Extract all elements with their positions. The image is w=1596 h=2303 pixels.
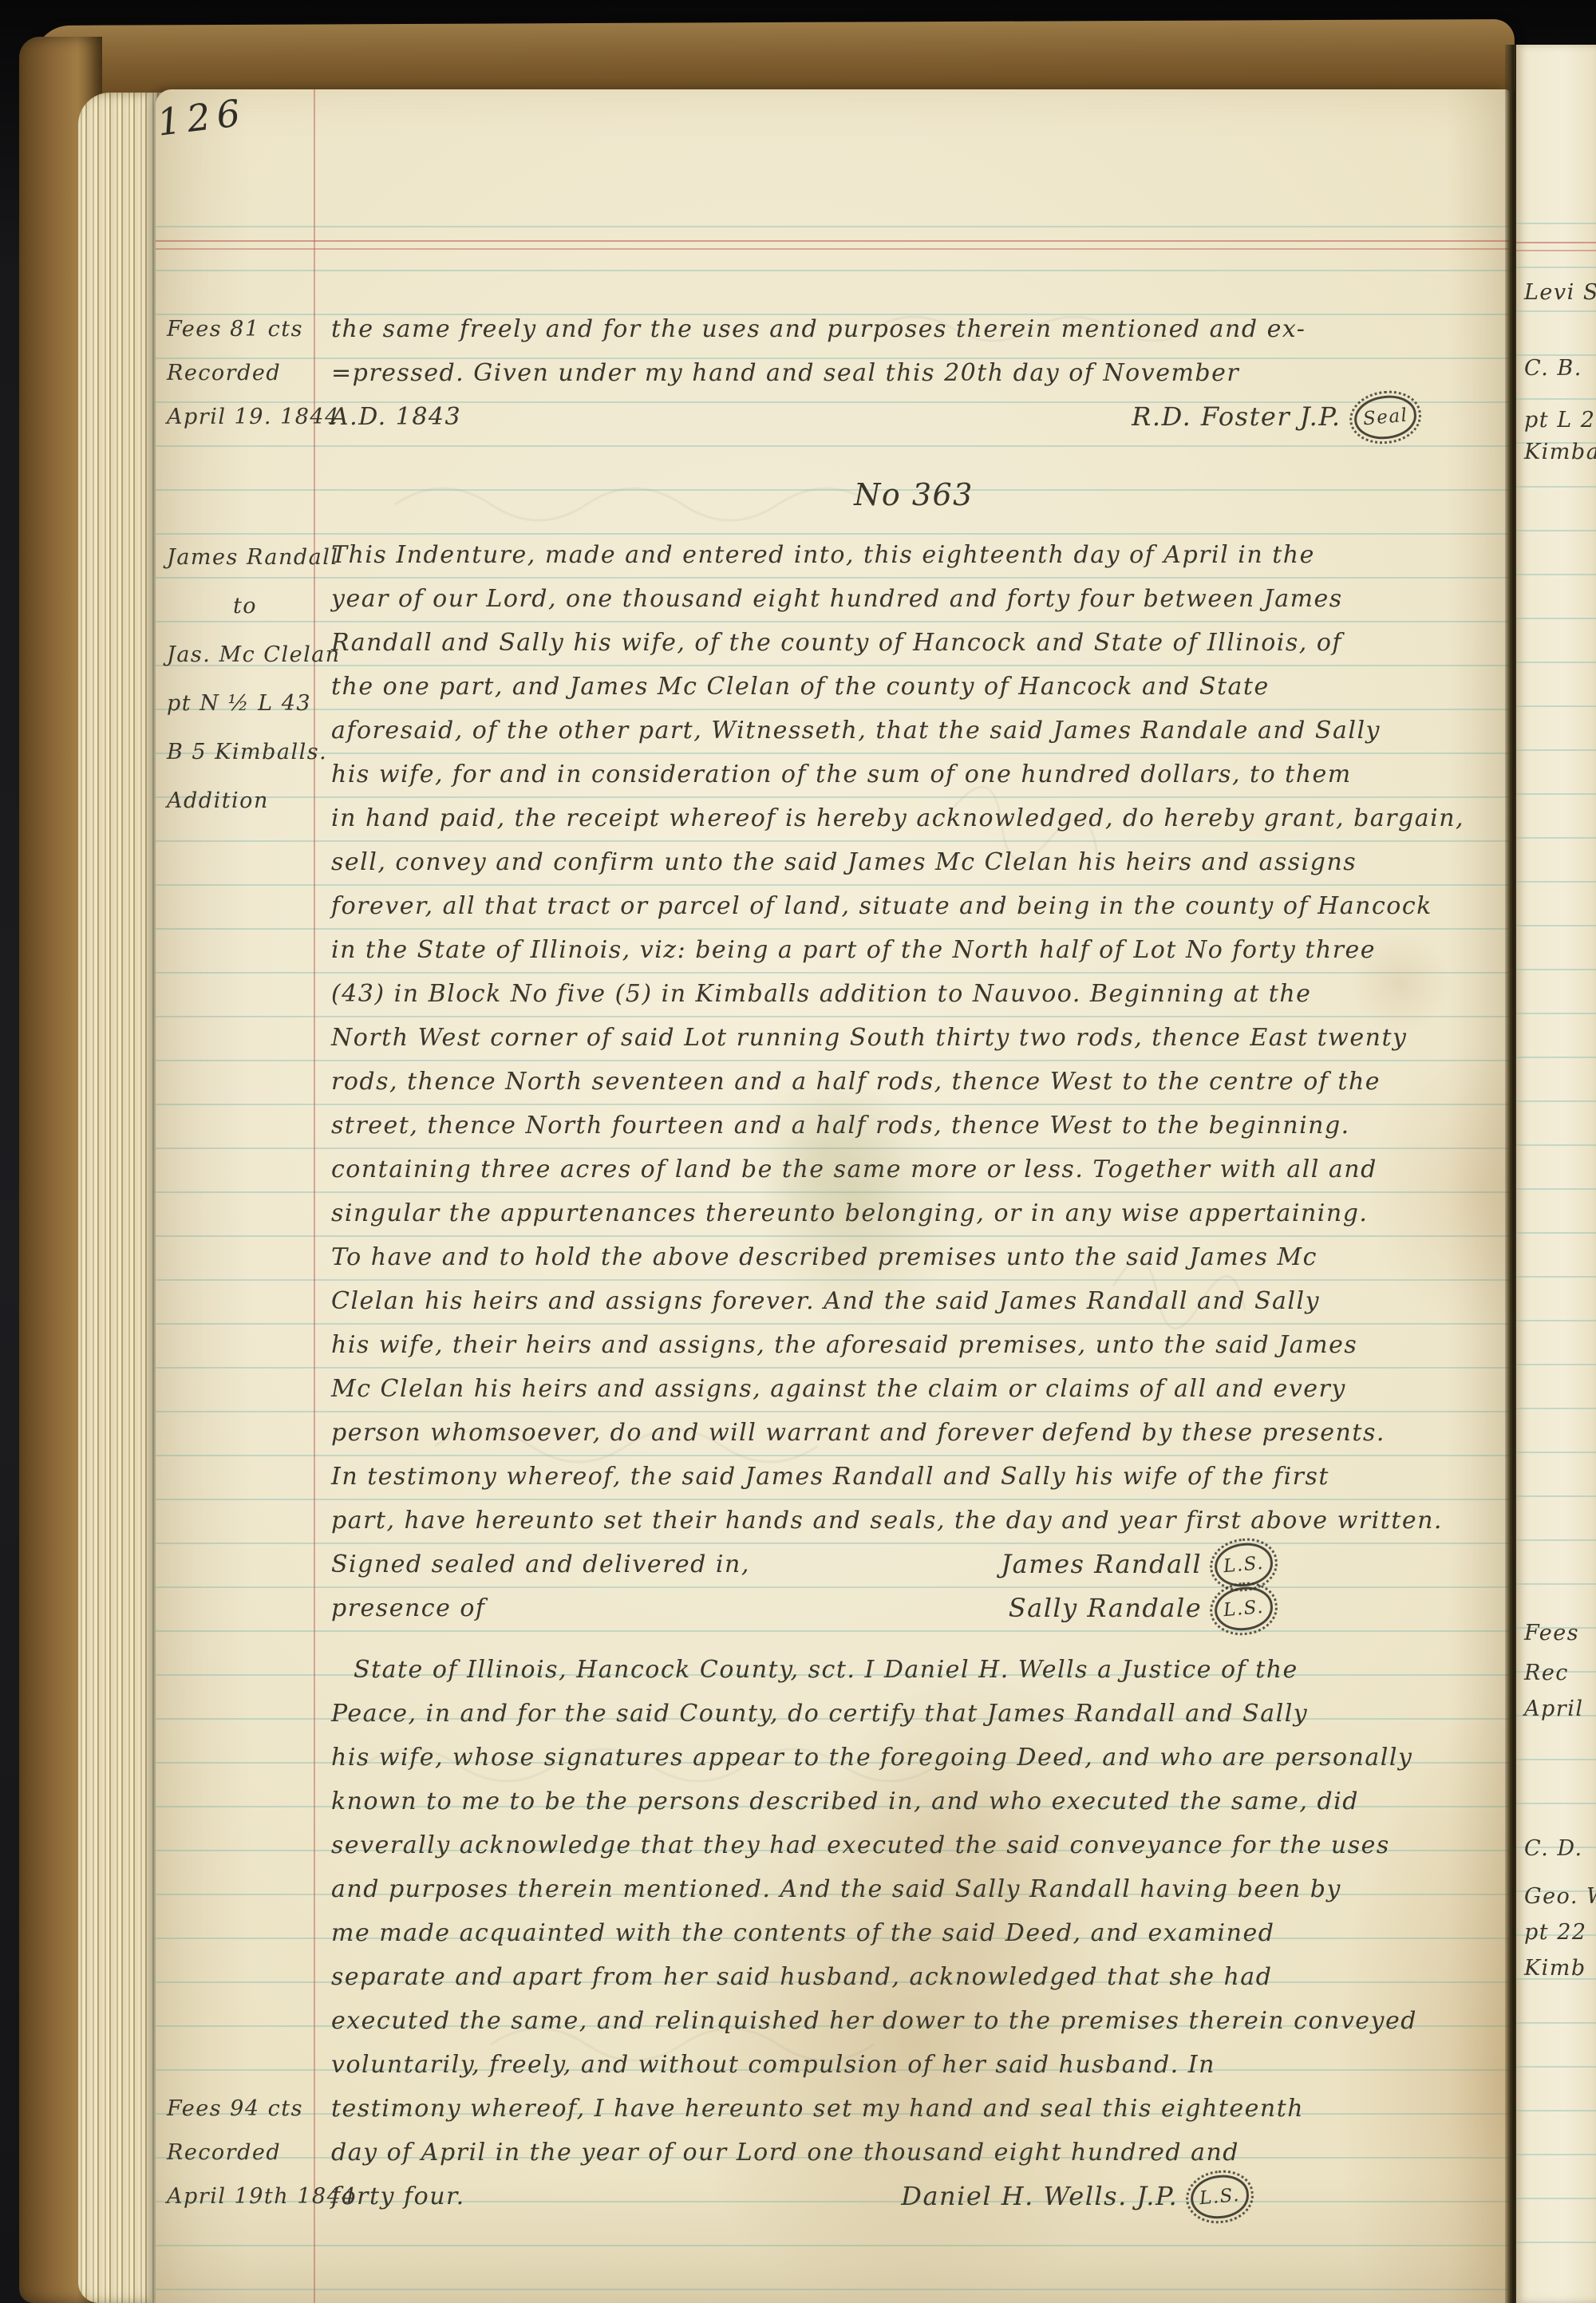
deed-text-line: Randall and Sally his wife, of the count… — [331, 621, 1496, 665]
red-header-rule — [156, 240, 1510, 250]
facing-page-sliver: Levi S C. B. pt L 2 Kimba Fees Rec April… — [1516, 45, 1596, 2303]
margin-note-addition: Addition — [167, 776, 323, 825]
attestation-text: presence of — [331, 1586, 486, 1630]
justice-signature: Daniel H. Wells. J.P. — [901, 2175, 1178, 2218]
margin-note: April 19. 1844 — [167, 395, 323, 439]
justice-signature: R.D. Foster J.P. — [1132, 395, 1341, 439]
deed-text-line: This Indenture, made and entered into, t… — [331, 533, 1496, 577]
margin-note-lot: pt N ½ L 43 — [167, 679, 323, 728]
ack-text-line: Peace, in and for the said County, do ce… — [331, 1692, 1496, 1736]
deed-text-line: In testimony whereof, the said James Ran… — [331, 1455, 1496, 1499]
grantor-signature-group: James Randall L.S. — [1001, 1543, 1273, 1586]
facing-page-text-fragment: Geo. W — [1524, 1884, 1596, 1909]
facing-page-text-fragment: Rec — [1524, 1661, 1569, 1685]
facing-page-text-fragment: pt 22 — [1524, 1920, 1587, 1945]
officer-signature-group: R.D. Foster J.P. Seal — [1132, 395, 1416, 439]
margin-note-block: B 5 Kimballs. — [167, 728, 323, 776]
seal-scribble: L.S. — [1189, 2172, 1250, 2220]
margin-note: Fees 81 cts — [167, 307, 323, 351]
seal-label: L.S. — [1222, 1585, 1266, 1632]
entry-margin-notes: James Randall to Jas. Mc Clelan pt N ½ L… — [167, 533, 323, 825]
entry-bottom-margin-notes: Fees 94 cts Recorded April 19th 1844 — [167, 2087, 323, 2218]
ack-text-line: known to me to be the persons described … — [331, 1780, 1496, 1823]
attestation-text: Signed sealed and delivered in, — [331, 1543, 750, 1586]
deed-text-line: street, thence North fourteen and a half… — [331, 1104, 1496, 1148]
deed-text-line: (43) in Block No five (5) in Kimballs ad… — [331, 972, 1496, 1016]
deed-text-line: the same freely and for the uses and pur… — [331, 307, 1496, 351]
record-book-scan: 126 Fees 81 cts Recorded April 19. 1844 … — [0, 0, 1596, 2303]
page-number: 126 — [155, 90, 249, 144]
facing-page-text-fragment: Fees — [1524, 1621, 1579, 1645]
margin-note-to: to — [167, 582, 323, 630]
prev-entry-text: the same freely and for the uses and pur… — [331, 307, 1496, 439]
deed-text-line: part, have hereunto set their hands and … — [331, 1499, 1496, 1543]
margin-note-grantee: Jas. Mc Clelan — [167, 630, 323, 679]
grantor-signature-group: Sally Randale L.S. — [1009, 1586, 1273, 1630]
deed-text-line: aforesaid, of the other part, Witnesseth… — [331, 709, 1496, 753]
attestation-signature-row: Signed sealed and delivered in, James Ra… — [331, 1543, 1496, 1586]
ack-text-line: voluntarily, freely, and without compuls… — [331, 2043, 1496, 2087]
margin-note: April 19th 1844 — [167, 2175, 323, 2218]
facing-page-text-fragment: Kimba — [1524, 440, 1596, 464]
justice-signature-group: Daniel H. Wells. J.P. L.S. — [901, 2175, 1249, 2218]
facing-page-text-fragment: April — [1524, 1697, 1583, 1721]
deed-text-line: in the State of Illinois, viz: being a p… — [331, 928, 1496, 972]
margin-note-grantor: James Randall — [167, 533, 323, 582]
ack-text-line: his wife, whose signatures appear to the… — [331, 1736, 1496, 1780]
grantor-signature: James Randall — [1001, 1543, 1202, 1586]
acknowledgment: State of Illinois, Hancock County, sct. … — [331, 1648, 1496, 2218]
deed-text-line: singular the appurtenances thereunto bel… — [331, 1191, 1496, 1235]
deed-text-line: North West corner of said Lot running So… — [331, 1016, 1496, 1060]
seal-scribble: L.S. — [1213, 1584, 1274, 1632]
facing-page-text-fragment: C. D. — [1524, 1836, 1583, 1861]
red-header-rule — [1516, 242, 1596, 251]
deed-text-line: his wife, for and in consideration of th… — [331, 753, 1496, 796]
page-gutter-seam — [1505, 45, 1516, 2303]
ack-text-line: separate and apart from her said husband… — [331, 1955, 1496, 1999]
attestation-signature-row: presence of Sally Randale L.S. — [331, 1586, 1496, 1630]
deed-text-line: the one part, and James Mc Clelan of the… — [331, 665, 1496, 709]
deed-text-line: To have and to hold the above described … — [331, 1235, 1496, 1279]
ack-text-line: executed the same, and relinquished her … — [331, 1999, 1496, 2043]
seal-label: L.S. — [1198, 2173, 1242, 2220]
margin-note: Recorded — [167, 2131, 323, 2175]
ack-text-line: testimony whereof, I have hereunto set m… — [331, 2087, 1496, 2131]
deed-text-line: year of our Lord, one thousand eight hun… — [331, 577, 1496, 621]
seal-scribble: Seal — [1352, 393, 1418, 441]
deed-body: This Indenture, made and entered into, t… — [331, 533, 1496, 1630]
deed-text-line: forever, all that tract or parcel of lan… — [331, 884, 1496, 928]
margin-note: Recorded — [167, 351, 323, 395]
ack-text-line: me made acquainted with the contents of … — [331, 1911, 1496, 1955]
seal-label: L.S. — [1222, 1541, 1266, 1588]
deed-text-line: in hand paid, the receipt whereof is her… — [331, 796, 1496, 840]
deed-text-line: Clelan his heirs and assigns forever. An… — [331, 1279, 1496, 1323]
ack-text-line: day of April in the year of our Lord one… — [331, 2131, 1496, 2175]
deed-text-line: =pressed. Given under my hand and seal t… — [331, 351, 1496, 395]
deed-text-line: sell, convey and confirm unto the said J… — [331, 840, 1496, 884]
record-page: 126 Fees 81 cts Recorded April 19. 1844 … — [156, 89, 1510, 2303]
ack-text-line: State of Illinois, Hancock County, sct. … — [331, 1648, 1496, 1692]
deed-text-fragment: A.D. 1843 — [331, 395, 461, 439]
deed-text-line: A.D. 1843 R.D. Foster J.P. Seal — [331, 395, 1496, 439]
deed-text-line: person whomsoever, do and will warrant a… — [331, 1411, 1496, 1455]
blue-ruled-lines — [1516, 223, 1596, 2258]
grantor-signature: Sally Randale — [1009, 1586, 1202, 1630]
prev-entry-margin-notes: Fees 81 cts Recorded April 19. 1844 — [167, 307, 323, 439]
facing-page-text-fragment: Levi S — [1524, 280, 1596, 305]
entry-number-heading: No 363 — [331, 477, 1496, 523]
facing-page-text-fragment: Kimb — [1524, 1956, 1586, 1981]
deed-text-line: his wife, their heirs and assigns, the a… — [331, 1323, 1496, 1367]
facing-page-text-fragment: pt L 2 — [1524, 408, 1595, 433]
deed-text-line: rods, thence North seventeen and a half … — [331, 1060, 1496, 1104]
seal-label: Seal — [1361, 393, 1409, 441]
deed-text-line: Mc Clelan his heirs and assigns, against… — [331, 1367, 1496, 1411]
seal-scribble: L.S. — [1213, 1540, 1274, 1588]
ack-text-line: severally acknowledge that they had exec… — [331, 1823, 1496, 1867]
deed-text-line: containing three acres of land be the sa… — [331, 1148, 1496, 1191]
justice-signature-row: forty four. Daniel H. Wells. J.P. L.S. — [331, 2175, 1496, 2218]
facing-page-text-fragment: C. B. — [1524, 356, 1582, 381]
margin-note: Fees 94 cts — [167, 2087, 323, 2131]
ack-text-line: and purposes therein mentioned. And the … — [331, 1867, 1496, 1911]
